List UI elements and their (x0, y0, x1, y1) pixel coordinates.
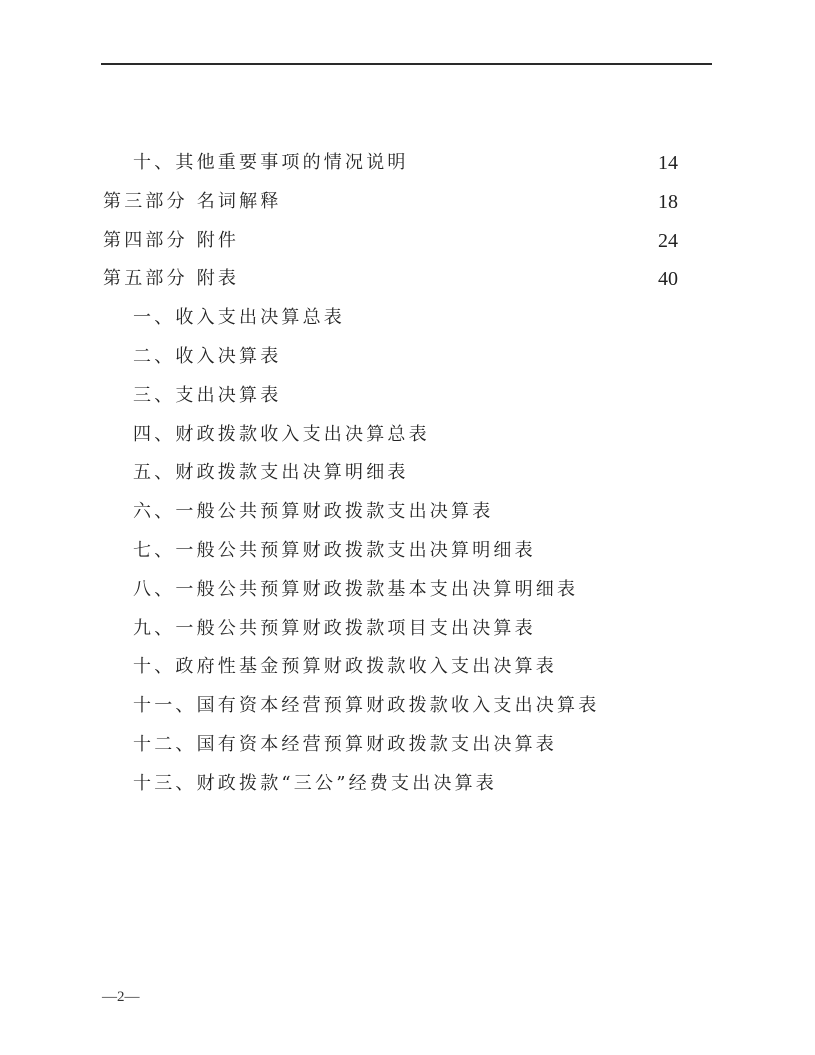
toc-entry-label: 七、一般公共预算财政拨款支出决算明细表 (133, 536, 536, 566)
toc-entry-page-number: 18 (618, 187, 678, 217)
toc-entry-label: 十一、国有资本经营预算财政拨款收入支出决算表 (133, 691, 599, 721)
header-rule (101, 63, 712, 65)
toc-entry-label: 十、其他重要事项的情况说明 (133, 148, 409, 178)
page-number: —2— (102, 989, 140, 1006)
toc-entry-label: 六、一般公共预算财政拨款支出决算表 (133, 497, 493, 527)
toc-entry-label: 二、收入决算表 (133, 342, 281, 372)
toc-entry[interactable]: 七、一般公共预算财政拨款支出决算明细表 (0, 536, 815, 566)
toc-entry-label: 十、政府性基金预算财政拨款收入支出决算表 (133, 652, 557, 682)
toc-entry-page-number: 14 (618, 148, 678, 178)
toc-entry-label: 第四部分 附件 (103, 226, 239, 256)
toc-entry[interactable]: 十三、财政拨款“三公”经费支出决算表 (0, 769, 815, 799)
toc-entry-label: 四、财政拨款收入支出决算总表 (133, 420, 430, 450)
toc-entry[interactable]: 六、一般公共预算财政拨款支出决算表 (0, 497, 815, 527)
toc-entry-page-number: 24 (618, 226, 678, 256)
toc-entry[interactable]: 四、财政拨款收入支出决算总表 (0, 420, 815, 450)
toc-entry-label: 第三部分 名词解释 (103, 187, 282, 217)
toc-entry[interactable]: 三、支出决算表 (0, 381, 815, 411)
toc-entry[interactable]: 一、收入支出决算总表 (0, 303, 815, 333)
toc-entry[interactable]: 第四部分 附件24 (0, 226, 815, 256)
toc-entry[interactable]: 十、政府性基金预算财政拨款收入支出决算表 (0, 652, 815, 682)
toc-entry[interactable]: 九、一般公共预算财政拨款项目支出决算表 (0, 614, 815, 644)
toc-entry-label: 八、一般公共预算财政拨款基本支出决算明细表 (133, 575, 578, 605)
toc-entry[interactable]: 八、一般公共预算财政拨款基本支出决算明细表 (0, 575, 815, 605)
toc-entry-page-number: 40 (618, 264, 678, 294)
toc-entry-label: 五、财政拨款支出决算明细表 (133, 458, 409, 488)
toc-entry[interactable]: 第三部分 名词解释18 (0, 187, 815, 217)
toc-entry[interactable]: 第五部分 附表40 (0, 264, 815, 294)
toc-entry[interactable]: 十、其他重要事项的情况说明14 (0, 148, 815, 178)
toc-entry[interactable]: 十一、国有资本经营预算财政拨款收入支出决算表 (0, 691, 815, 721)
toc-entry[interactable]: 二、收入决算表 (0, 342, 815, 372)
toc-entry-label: 一、收入支出决算总表 (133, 303, 345, 333)
toc-entry-label: 九、一般公共预算财政拨款项目支出决算表 (133, 614, 536, 644)
toc-entry-label: 三、支出决算表 (133, 381, 281, 411)
toc-entry-label: 十三、财政拨款“三公”经费支出决算表 (133, 769, 497, 799)
toc-entry-label: 第五部分 附表 (103, 264, 239, 294)
toc-entry[interactable]: 十二、国有资本经营预算财政拨款支出决算表 (0, 730, 815, 760)
toc-entry-label: 十二、国有资本经营预算财政拨款支出决算表 (133, 730, 557, 760)
toc-entry[interactable]: 五、财政拨款支出决算明细表 (0, 458, 815, 488)
